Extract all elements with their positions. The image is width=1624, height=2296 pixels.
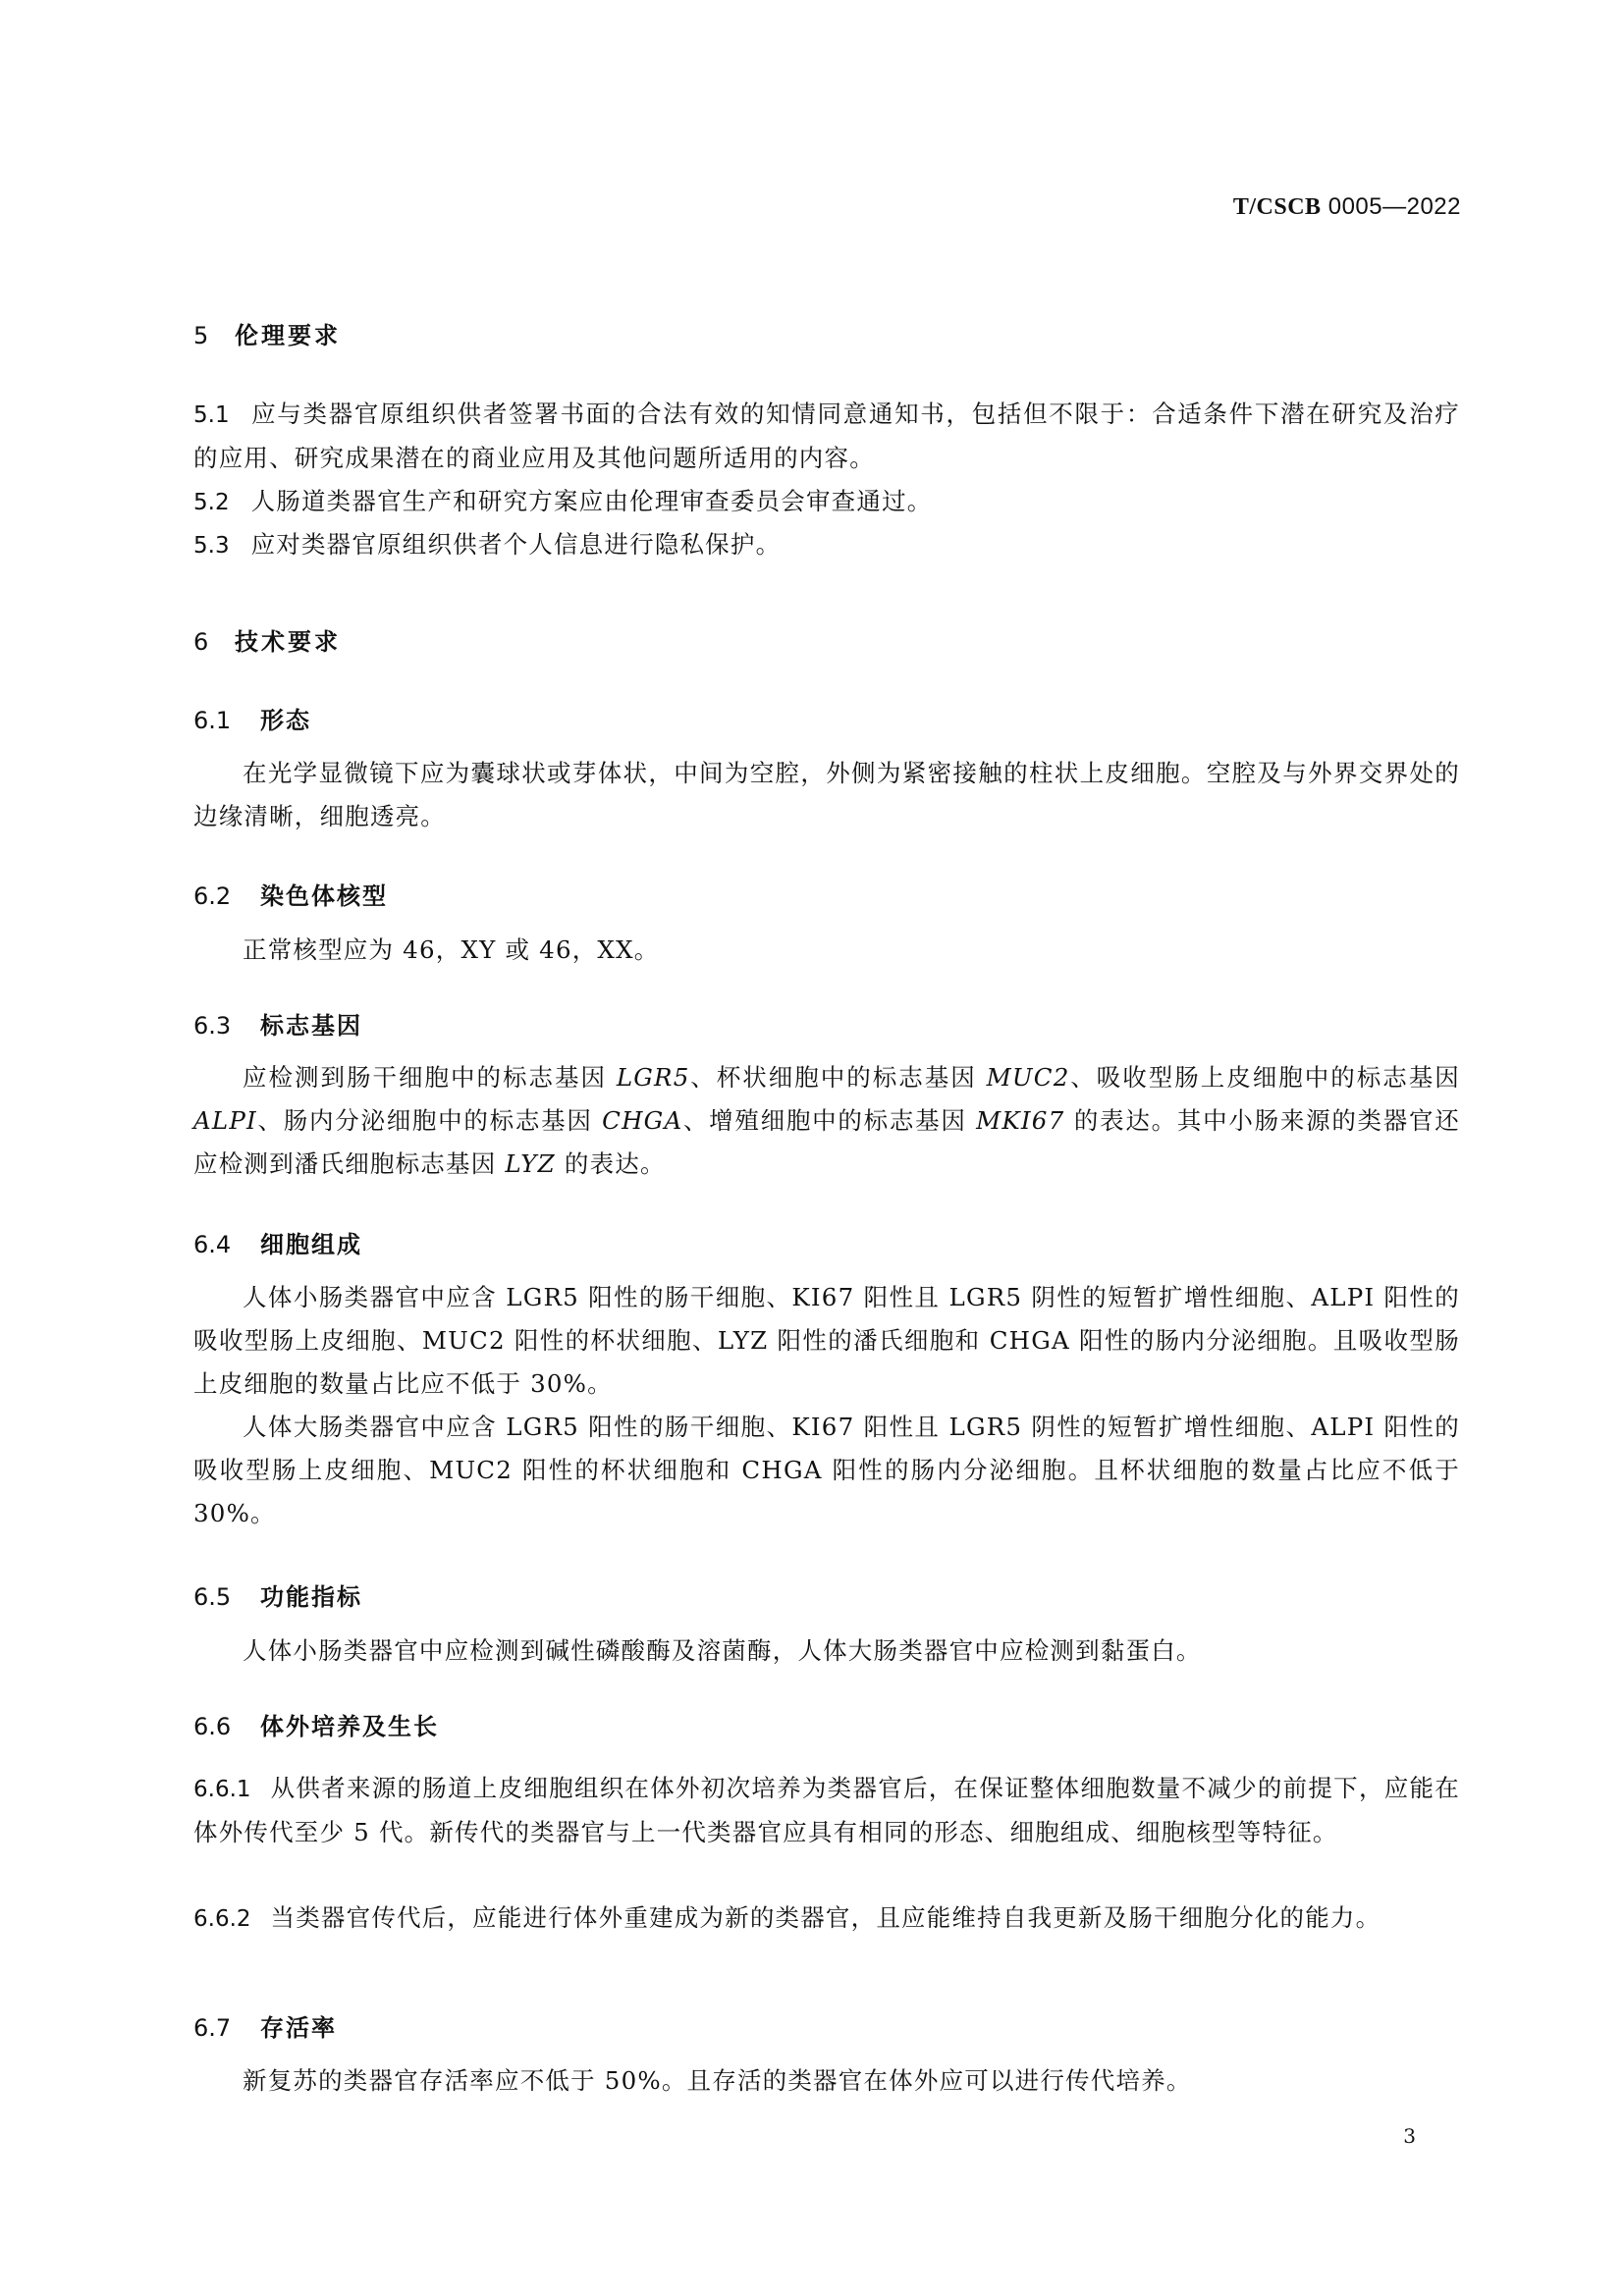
- section-5-heading: 5伦理要求: [193, 316, 341, 350]
- clause-5-1: 5.1应与类器官原组织供者签署书面的合法有效的知情同意通知书，包括但不限于：合适…: [193, 393, 1460, 480]
- section-6-6-heading: 6.6体外培养及生长: [193, 1707, 439, 1741]
- section-6-5-heading: 6.5功能指标: [193, 1577, 362, 1612]
- section-6-2-heading: 6.2染色体核型: [193, 877, 388, 911]
- section-6-4-heading: 6.4细胞组成: [193, 1225, 362, 1259]
- gene-lyz: LYZ: [505, 1149, 556, 1178]
- standard-number: 0005—2022: [1328, 193, 1461, 220]
- standard-code: T/CSCB 0005—2022: [1233, 193, 1461, 221]
- clause-5-3: 5.3应对类器官原组织供者个人信息进行隐私保护。: [193, 523, 1460, 567]
- section-6-3-heading: 6.3标志基因: [193, 1006, 362, 1041]
- section-6-title: 技术要求: [235, 628, 341, 656]
- page-number: 3: [1403, 2124, 1416, 2148]
- clause-5-2: 5.2人肠道类器官生产和研究方案应由伦理审查委员会审查通过。: [193, 480, 1460, 524]
- section-6-1-heading: 6.1形态: [193, 701, 311, 735]
- gene-lgr5: LGR5: [617, 1063, 690, 1092]
- section-6-3-text: 应检测到肠干细胞中的标志基因 LGR5、杯状细胞中的标志基因 MUC2、吸收型肠…: [193, 1056, 1460, 1186]
- section-6-4-text-small-intestine: 人体小肠类器官中应含 LGR5 阳性的肠干细胞、KI67 阳性且 LGR5 阴性…: [193, 1276, 1460, 1406]
- clause-6-6-2: 6.6.2当类器官传代后，应能进行体外重建成为新的类器官，且应能维持自我更新及肠…: [193, 1896, 1460, 1941]
- section-6-5-text: 人体小肠类器官中应检测到碱性磷酸酶及溶菌酶，人体大肠类器官中应检测到黏蛋白。: [193, 1629, 1460, 1673]
- gene-mki67: MKI67: [976, 1106, 1064, 1135]
- document-page: T/CSCB 0005—2022 5伦理要求 5.1应与类器官原组织供者签署书面…: [0, 0, 1624, 2296]
- gene-chga: CHGA: [602, 1106, 682, 1135]
- gene-alpi: ALPI: [193, 1106, 257, 1135]
- section-6-4-text-large-intestine: 人体大肠类器官中应含 LGR5 阳性的肠干细胞、KI67 阳性且 LGR5 阴性…: [193, 1406, 1460, 1535]
- gene-muc2: MUC2: [987, 1063, 1070, 1092]
- section-6-7-text: 新复苏的类器官存活率应不低于 50%。且存活的类器官在体外应可以进行传代培养。: [193, 2059, 1460, 2103]
- section-6-1-text: 在光学显微镜下应为囊球状或芽体状，中间为空腔，外侧为紧密接触的柱状上皮细胞。空腔…: [193, 752, 1460, 838]
- section-6-7-heading: 6.7存活率: [193, 2008, 337, 2043]
- section-5-title: 伦理要求: [235, 322, 341, 349]
- section-6-heading: 6技术要求: [193, 622, 341, 657]
- standard-prefix: T/CSCB: [1233, 194, 1322, 220]
- section-6-2-text: 正常核型应为 46，XY 或 46，XX。: [193, 929, 1460, 972]
- clause-6-6-1: 6.6.1从供者来源的肠道上皮细胞组织在体外初次培养为类器官后，在保证整体细胞数…: [193, 1767, 1460, 1854]
